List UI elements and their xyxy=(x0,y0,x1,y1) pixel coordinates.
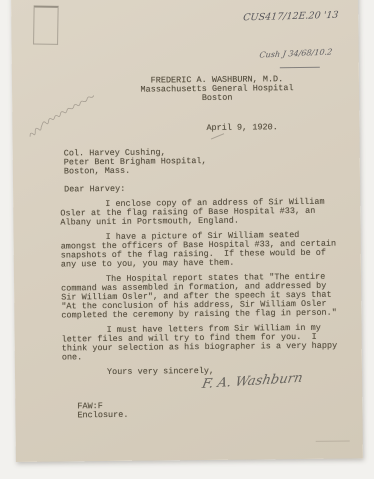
letter-paragraph-3: The Hospital report states that "The ent… xyxy=(61,273,337,321)
reference-underline xyxy=(280,67,320,68)
archival-reference-top: CUS417/12E.20 '13 xyxy=(243,10,339,24)
staple-mark xyxy=(33,5,59,44)
letter-paragraph-1: I enclose copy of an address of Sir Will… xyxy=(60,198,336,228)
archival-reference-secondary: Cush J 34/68/10.2 xyxy=(259,47,333,59)
letter-paragraph-4: I must have letters from Sir William in … xyxy=(62,324,338,363)
enclosure-note: Enclosure. xyxy=(77,409,338,421)
date-pencil-mark xyxy=(211,133,224,139)
date-line: April 9, 1920. xyxy=(206,123,278,133)
margin-pencil-note xyxy=(15,73,125,156)
letter-paragraph-2: I have a picture of Sir William seated a… xyxy=(61,231,337,270)
recipient-address: Col. Harvey Cushing, Peter Bent Brigham … xyxy=(64,147,336,177)
letter-page: CUS417/12E.20 '13 Cush J 34/68/10.2 FRED… xyxy=(11,0,363,462)
scan-smudge xyxy=(316,440,350,441)
salutation: Dear Harvey: xyxy=(64,183,336,195)
recipient-city: Boston, Mass. xyxy=(64,165,336,177)
